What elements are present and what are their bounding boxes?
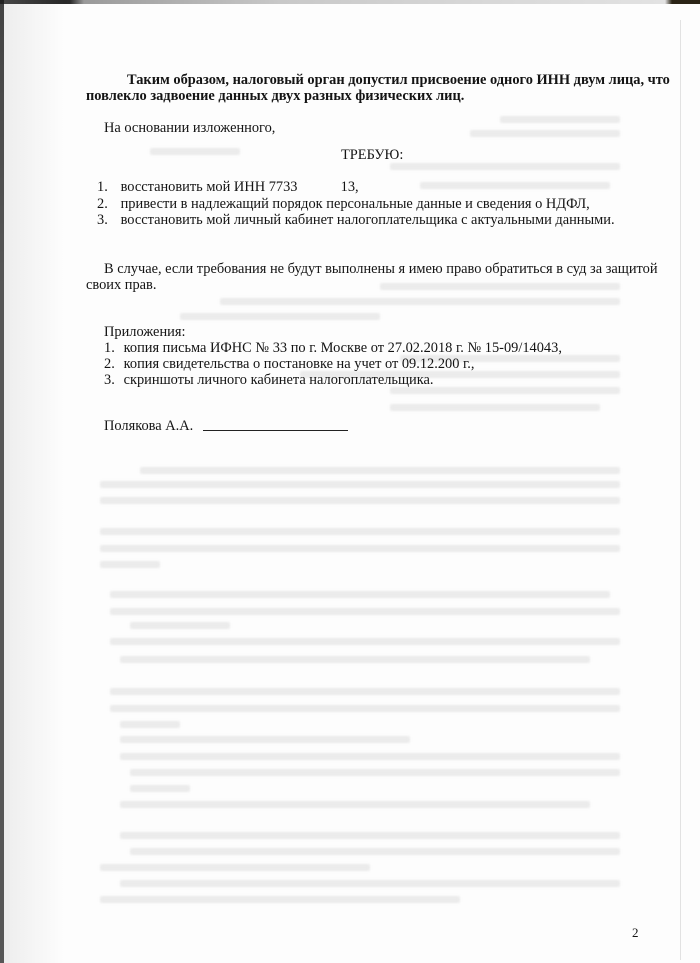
demand-text: восстановить мой ИНН 7733 13, bbox=[121, 179, 359, 195]
demand-item: 1. восстановить мой ИНН 7733 13, bbox=[97, 179, 359, 195]
page-number: 2 bbox=[632, 925, 639, 941]
demand-text: привести в надлежащий порядок персональн… bbox=[121, 196, 590, 212]
list-number: 1. bbox=[104, 340, 120, 356]
attachment-text: скриншоты личного кабинета налогоплатель… bbox=[124, 372, 434, 388]
list-number: 3. bbox=[104, 372, 120, 388]
demand-item: 3. восстановить мой личный кабинет налог… bbox=[97, 212, 615, 228]
list-number: 3. bbox=[97, 212, 117, 228]
scan-right-line bbox=[680, 20, 681, 960]
scan-shadow bbox=[4, 0, 64, 963]
attachment-item: 2. копия свидетельства о постановке на у… bbox=[104, 356, 474, 372]
conclusion-line-2: повлекло задвоение данных двух разных фи… bbox=[86, 88, 464, 104]
warning-line-1: В случае, если требования не будут выпол… bbox=[104, 261, 658, 277]
list-number: 2. bbox=[104, 356, 120, 372]
attachment-text: копия свидетельства о постановке на учет… bbox=[124, 356, 475, 372]
attachment-item: 1. копия письма ИФНС № 33 по г. Москве о… bbox=[104, 340, 562, 356]
signatory-name: Полякова А.А. bbox=[104, 418, 193, 434]
scan-top-edge bbox=[0, 0, 700, 4]
attachment-item: 3. скриншоты личного кабинета налогоплат… bbox=[104, 372, 434, 388]
signature-line bbox=[203, 430, 348, 431]
list-number: 1. bbox=[97, 179, 117, 195]
list-number: 2. bbox=[97, 196, 117, 212]
attachments-heading: Приложения: bbox=[104, 324, 185, 340]
conclusion-line-1: Таким образом, налоговый орган допустил … bbox=[127, 72, 670, 88]
demand-text: восстановить мой личный кабинет налогопл… bbox=[121, 212, 615, 228]
basis-text: На основании изложенного, bbox=[104, 120, 275, 136]
demand-heading: ТРЕБУЮ: bbox=[341, 147, 403, 163]
attachment-text: копия письма ИФНС № 33 по г. Москве от 2… bbox=[124, 340, 562, 356]
warning-line-2: своих прав. bbox=[86, 277, 156, 293]
demand-item: 2. привести в надлежащий порядок персона… bbox=[97, 196, 590, 212]
